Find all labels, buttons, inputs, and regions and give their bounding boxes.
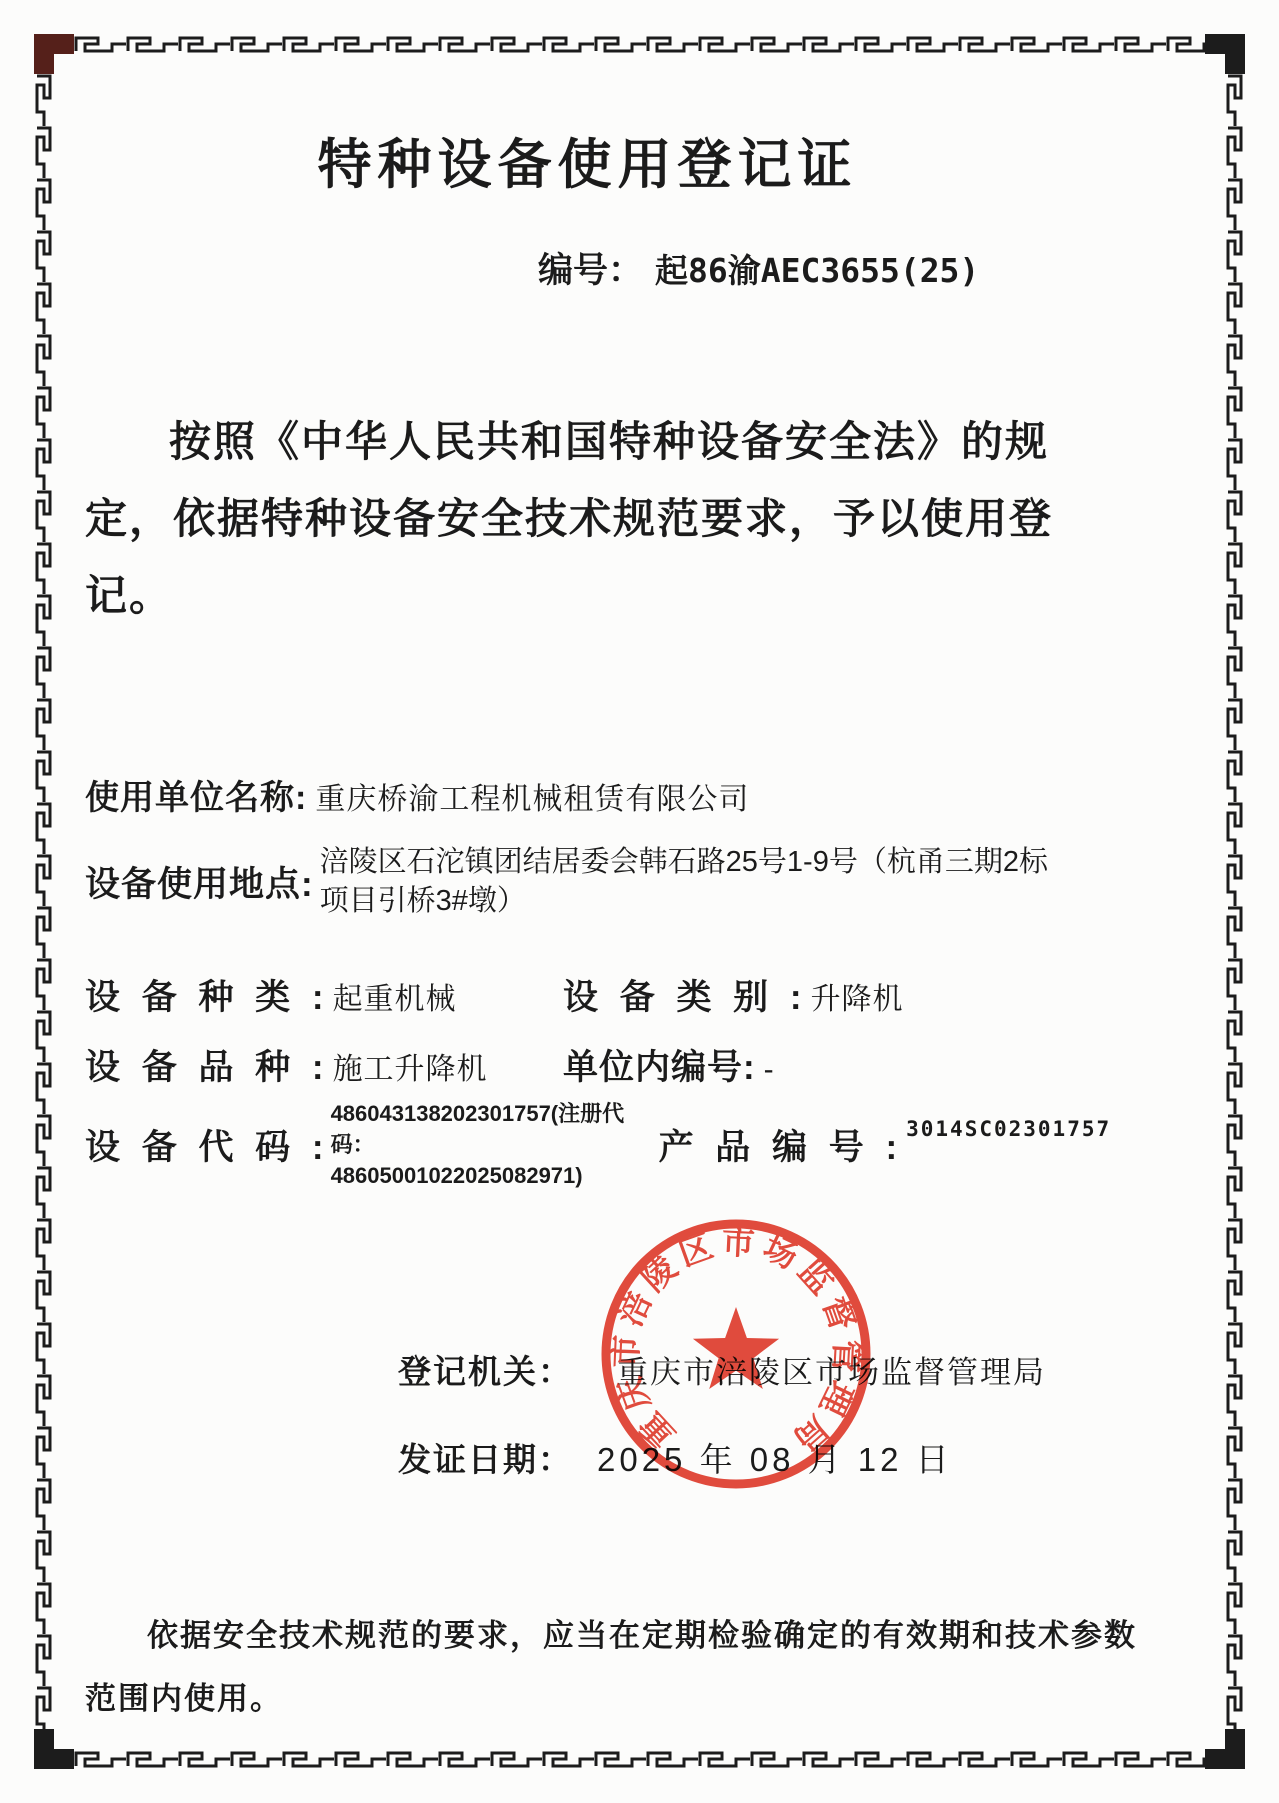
field-row-unit-name: 使用单位名称:重庆桥渝工程机械租赁有限公司	[85, 770, 749, 819]
serial-value: 起86渝AEC3655(25)	[655, 251, 979, 290]
device-variety-label: 设 备 品 种 :	[85, 1048, 325, 1087]
issue-date-label: 发证日期：	[398, 1441, 573, 1478]
device-code-value-line2: 48605001022025082971)	[331, 1163, 583, 1188]
location-label: 设备使用地点:	[85, 857, 314, 907]
serial-number-row: 编号：起86渝AEC3655(25)	[538, 243, 979, 293]
official-seal: 重庆市涪陵区市场监督管理局	[598, 1216, 874, 1492]
certificate-page: 特种设备使用登记证 编号：起86渝AEC3655(25) 按照《中华人民共和国特…	[0, 0, 1279, 1803]
location-value-line2: 项目引桥3#墩）	[320, 885, 526, 917]
device-code-label: 设 备 代 码 :	[85, 1120, 325, 1170]
device-kind-value: 起重机械	[333, 983, 457, 1016]
star-icon	[693, 1307, 779, 1389]
unit-name-label: 使用单位名称:	[85, 779, 307, 817]
border-pattern-top	[74, 34, 1205, 54]
product-number-value: 3014SC02301757	[906, 1117, 1111, 1141]
device-category-value: 升降机	[811, 983, 904, 1016]
device-variety-value: 施工升降机	[333, 1053, 488, 1086]
border-corner-top-left	[34, 34, 74, 74]
border-corner-top-right	[1205, 34, 1245, 74]
internal-number-group: 单位内编号:-	[563, 1040, 775, 1090]
product-number-label: 产 品 编 号 :	[659, 1120, 899, 1170]
location-value-line1: 涪陵区石沱镇团结居委会韩石路25号1-9号（杭甬三期2标	[320, 846, 1048, 878]
border-pattern-right	[1225, 74, 1245, 1729]
certificate-title: 特种设备使用登记证	[85, 122, 1090, 199]
device-category-group: 设 备 类 别 :升降机	[563, 970, 904, 1020]
internal-number-value: -	[764, 1053, 775, 1086]
border-corner-bottom-right	[1205, 1729, 1245, 1769]
border-pattern-left	[34, 74, 54, 1729]
field-row-location: 设备使用地点: 涪陵区石沱镇团结居委会韩石路25号1-9号（杭甬三期2标 项目引…	[85, 843, 1090, 921]
device-kind-label: 设 备 种 类 :	[85, 978, 325, 1017]
authority-label: 登记机关：	[398, 1353, 573, 1390]
intro-paragraph: 按照《中华人民共和国特种设备安全法》的规定，依据特种设备安全技术规范要求，予以使…	[85, 403, 1100, 634]
field-row-variety-internal: 设 备 品 种 :施工升降机 单位内编号:-	[85, 1040, 1185, 1090]
device-code-value-line1: 486043138202301757(注册代码：	[331, 1101, 625, 1157]
serial-label: 编号：	[538, 251, 643, 290]
location-value: 涪陵区石沱镇团结居委会韩石路25号1-9号（杭甬三期2标 项目引桥3#墩）	[320, 843, 1090, 921]
border-pattern-bottom	[74, 1749, 1205, 1769]
field-row-kind-category: 设 备 种 类 :起重机械 设 备 类 别 :升降机	[85, 970, 1185, 1020]
unit-name-value: 重庆桥渝工程机械租赁有限公司	[315, 783, 749, 816]
device-category-label: 设 备 类 别 :	[563, 978, 803, 1017]
footer-note: 依据安全技术规范的要求，应当在定期检验确定的有效期和技术参数范围内使用。	[85, 1604, 1160, 1730]
field-row-code-product: 设 备 代 码 : 486043138202301757(注册代码： 48605…	[85, 1098, 1111, 1191]
border-corner-bottom-left	[34, 1729, 74, 1769]
internal-number-label: 单位内编号:	[563, 1048, 756, 1087]
device-code-value: 486043138202301757(注册代码： 486050010220250…	[331, 1098, 659, 1191]
